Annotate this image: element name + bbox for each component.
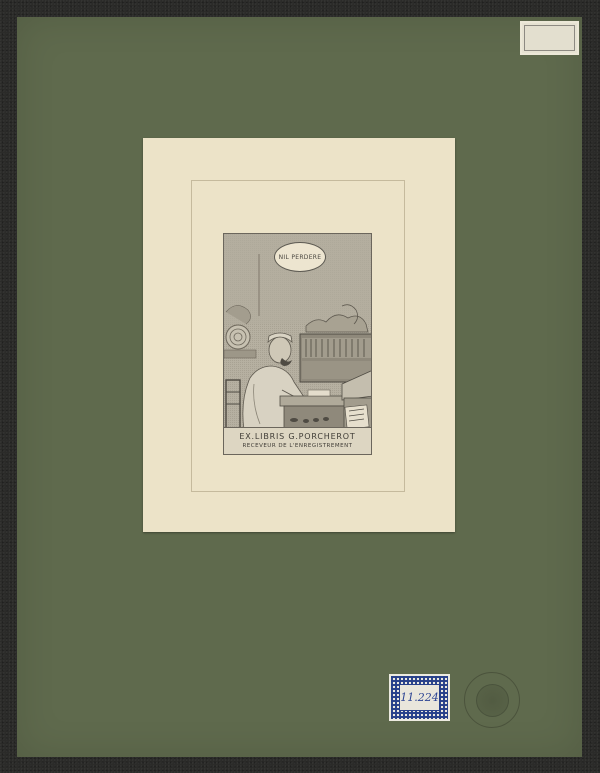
blank-corner-label xyxy=(520,21,579,55)
green-mount-board: NIL PERDERE EX.LIBRIS G.PORCHEROT RECEVE… xyxy=(17,17,582,757)
collection-stamp-icon xyxy=(464,672,520,728)
inventory-number: 11.224 xyxy=(399,684,440,711)
ex-libris-caption: EX.LIBRIS G.PORCHEROT RECEVEUR DE L'ENRE… xyxy=(224,427,371,454)
motto-banner: NIL PERDERE xyxy=(274,242,326,272)
blank-corner-label-frame xyxy=(524,25,575,51)
owner-title: RECEVEUR DE L'ENREGISTREMENT xyxy=(242,442,352,450)
owner-name: EX.LIBRIS G.PORCHEROT xyxy=(239,432,355,442)
stamp-center xyxy=(476,684,509,717)
print-paper-sheet: NIL PERDERE EX.LIBRIS G.PORCHEROT RECEVE… xyxy=(143,138,455,532)
ex-libris-engraving: NIL PERDERE EX.LIBRIS G.PORCHEROT RECEVE… xyxy=(223,233,372,455)
inventory-label-border: 11.224 xyxy=(391,676,448,719)
inventory-label: 11.224 xyxy=(389,674,450,721)
